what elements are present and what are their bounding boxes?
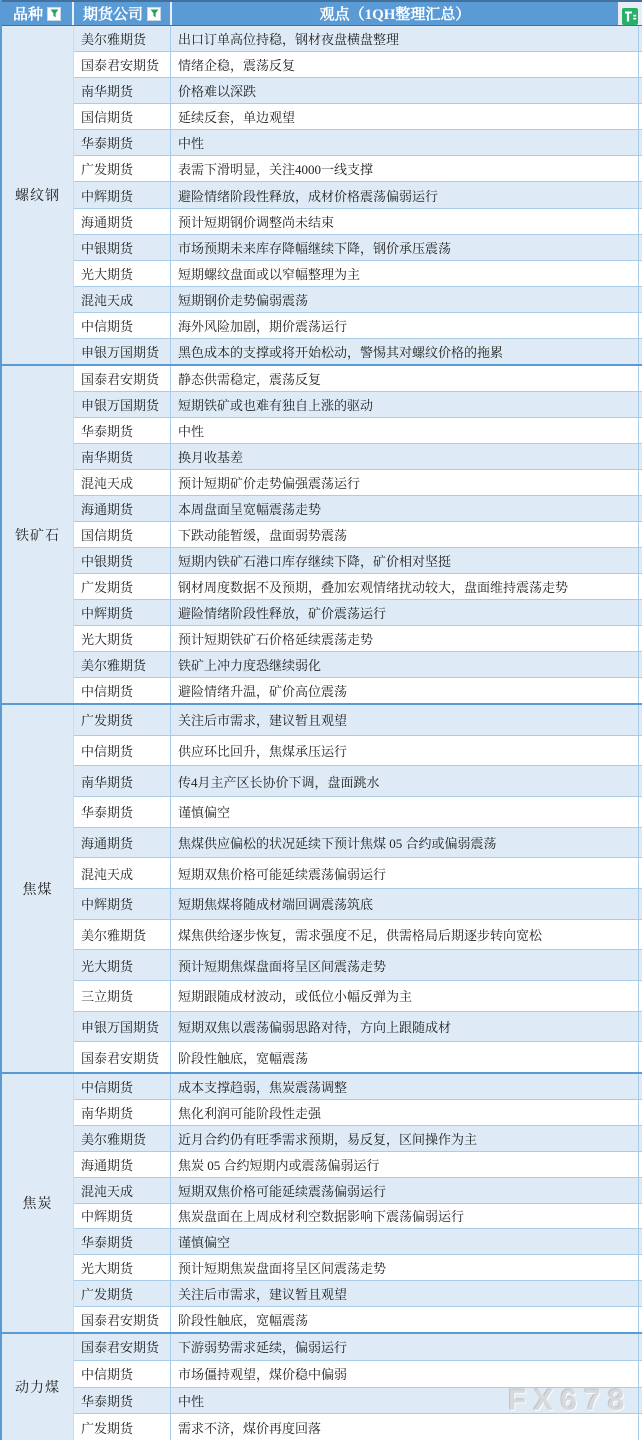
right-margin-sliver xyxy=(638,1100,642,1125)
company-cell: 混沌天成 xyxy=(74,858,171,888)
section-rows: 中信期货成本支撑趋弱，焦炭震荡调整南华期货焦化利润可能阶段性走强美尔雅期货近月合… xyxy=(74,1074,642,1332)
view-cell: 短期钢价走势偏弱震荡 xyxy=(171,287,638,312)
table-row: 国泰君安期货阶段性触底，宽幅震荡 xyxy=(74,1042,642,1072)
right-margin-sliver xyxy=(638,1074,642,1099)
right-margin-sliver xyxy=(638,130,642,155)
right-margin-sliver xyxy=(638,858,642,888)
right-margin-sliver xyxy=(638,26,642,51)
table-row: 美尔雅期货出口订单高位持稳，钢材夜盘横盘整理 xyxy=(74,26,642,52)
right-margin-sliver xyxy=(638,797,642,827)
company-cell: 华泰期货 xyxy=(74,1229,171,1254)
table-row: 美尔雅期货近月合约仍有旺季需求预期，易反复，区间操作为主 xyxy=(74,1126,642,1152)
table-row: 光大期货预计短期铁矿石价格延续震荡走势 xyxy=(74,626,642,652)
view-cell: 情绪企稳，震荡反复 xyxy=(171,52,638,77)
right-margin-sliver xyxy=(638,496,642,521)
view-cell: 关注后市需求，建议暂且观望 xyxy=(171,705,638,735)
table-header: 品种 期货公司 观点（1QH整理汇总） xyxy=(2,0,642,26)
company-cell: 广发期货 xyxy=(74,156,171,181)
view-cell: 市场预期未来库存降幅继续下降，钢价承压震荡 xyxy=(171,235,638,260)
view-cell: 焦炭 05 合约短期内或震荡偏弱运行 xyxy=(171,1152,638,1177)
table-row: 国泰君安期货阶段性触底，宽幅震荡 xyxy=(74,1307,642,1332)
company-cell: 三立期货 xyxy=(74,981,171,1011)
variety-cell: 焦炭 xyxy=(2,1074,74,1332)
company-cell: 中信期货 xyxy=(74,736,171,766)
right-margin-sliver xyxy=(638,366,642,391)
variety-filter-dropdown-icon[interactable] xyxy=(47,7,61,21)
table-row: 中信期货成本支撑趋弱，焦炭震荡调整 xyxy=(74,1074,642,1100)
view-cell: 钢材周度数据不及预期，叠加宏观情绪扰动较大，盘面维持震荡走势 xyxy=(171,574,638,599)
right-margin-sliver xyxy=(638,1152,642,1177)
table-row: 中信期货避险情绪升温，矿价高位震荡 xyxy=(74,678,642,703)
company-cell: 海通期货 xyxy=(74,496,171,521)
company-cell: 美尔雅期货 xyxy=(74,1126,171,1151)
view-cell: 预计短期钢价调整尚未结束 xyxy=(171,209,638,234)
company-cell: 广发期货 xyxy=(74,1414,171,1440)
header-corner-cell xyxy=(618,2,642,25)
right-margin-sliver xyxy=(638,418,642,443)
table-row: 南华期货传4月主产区长协价下调，盘面跳水 xyxy=(74,766,642,797)
table-row: 广发期货关注后市需求，建议暂且观望 xyxy=(74,705,642,736)
company-cell: 中辉期货 xyxy=(74,182,171,207)
view-cell: 供应环比回升，焦煤承压运行 xyxy=(171,736,638,766)
company-cell: 华泰期货 xyxy=(74,797,171,827)
view-cell: 预计短期铁矿石价格延续震荡走势 xyxy=(171,626,638,651)
table-row: 华泰期货中性 xyxy=(74,418,642,444)
table-row: 光大期货预计短期焦炭盘面将呈区间震荡走势 xyxy=(74,1255,642,1281)
company-cell: 申银万国期货 xyxy=(74,392,171,417)
table-row: 申银万国期货短期铁矿或也难有独自上涨的驱动 xyxy=(74,392,642,418)
company-cell: 广发期货 xyxy=(74,574,171,599)
company-cell: 海通期货 xyxy=(74,1152,171,1177)
right-margin-sliver xyxy=(638,209,642,234)
right-margin-sliver xyxy=(638,339,642,364)
view-cell: 预计短期焦炭盘面将呈区间震荡走势 xyxy=(171,1255,638,1280)
table-row: 广发期货表需下滑明显，关注4000一线支撑 xyxy=(74,156,642,182)
table-row: 混沌天成预计短期矿价走势偏强震荡运行 xyxy=(74,470,642,496)
table-row: 中信期货海外风险加剧，期价震荡运行 xyxy=(74,313,642,339)
company-cell: 光大期货 xyxy=(74,1255,171,1280)
section-rows: 国泰君安期货静态供需稳定，震荡反复申银万国期货短期铁矿或也难有独自上涨的驱动华泰… xyxy=(74,366,642,703)
company-cell: 光大期货 xyxy=(74,261,171,286)
view-cell: 短期内铁矿石港口库存继续下降，矿价相对坚挺 xyxy=(171,548,638,573)
view-cell: 本周盘面呈宽幅震荡走势 xyxy=(171,496,638,521)
right-margin-sliver xyxy=(638,736,642,766)
company-cell: 中信期货 xyxy=(74,1074,171,1099)
right-margin-sliver xyxy=(638,981,642,1011)
section-螺纹钢: 螺纹钢美尔雅期货出口订单高位持稳，钢材夜盘横盘整理国泰君安期货情绪企稳，震荡反复… xyxy=(2,26,642,364)
right-margin-sliver xyxy=(638,1307,642,1332)
company-cell: 中辉期货 xyxy=(74,1204,171,1229)
right-margin-sliver xyxy=(638,78,642,103)
right-margin-sliver xyxy=(638,182,642,207)
company-cell: 申银万国期货 xyxy=(74,1012,171,1042)
view-cell: 成本支撑趋弱，焦炭震荡调整 xyxy=(171,1074,638,1099)
table-row: 中信期货供应环比回升，焦煤承压运行 xyxy=(74,736,642,767)
table-row: 三立期货短期跟随成材波动，或低位小幅反弹为主 xyxy=(74,981,642,1012)
right-margin-sliver xyxy=(638,1414,642,1440)
right-margin-sliver xyxy=(638,889,642,919)
right-margin-sliver xyxy=(638,261,642,286)
right-margin-sliver xyxy=(638,1126,642,1151)
table-row: 华泰期货谨慎偏空 xyxy=(74,1229,642,1255)
right-margin-sliver xyxy=(638,574,642,599)
right-margin-sliver xyxy=(638,1361,642,1387)
view-cell: 避险情绪升温，矿价高位震荡 xyxy=(171,678,638,703)
view-cell: 出口订单高位持稳，钢材夜盘横盘整理 xyxy=(171,26,638,51)
view-cell: 下游弱势需求延续，偏弱运行 xyxy=(171,1334,638,1360)
right-margin-sliver xyxy=(638,600,642,625)
header-cell-company: 期货公司 xyxy=(74,2,172,25)
table-row: 中辉期货避险情绪阶段性释放，成材价格震荡偏弱运行 xyxy=(74,182,642,208)
header-cell-view: 观点（1QH整理汇总） xyxy=(172,2,618,25)
right-margin-sliver xyxy=(638,766,642,796)
variety-cell: 动力煤 xyxy=(2,1334,74,1440)
right-margin-sliver xyxy=(638,705,642,735)
company-cell: 南华期货 xyxy=(74,444,171,469)
right-margin-sliver xyxy=(638,828,642,858)
table-row: 国泰君安期货情绪企稳，震荡反复 xyxy=(74,52,642,78)
right-margin-sliver xyxy=(638,1388,642,1414)
company-cell: 南华期货 xyxy=(74,766,171,796)
table-row: 光大期货预计短期焦煤盘面将呈区间震荡走势 xyxy=(74,950,642,981)
table-row: 混沌天成短期双焦价格可能延续震荡偏弱运行 xyxy=(74,858,642,889)
right-margin-sliver xyxy=(638,652,642,677)
company-cell: 国泰君安期货 xyxy=(74,1042,171,1072)
view-cell: 避险情绪阶段性释放，成材价格震荡偏弱运行 xyxy=(171,182,638,207)
company-cell: 中信期货 xyxy=(74,1361,171,1387)
company-cell: 美尔雅期货 xyxy=(74,26,171,51)
view-cell: 换月收基差 xyxy=(171,444,638,469)
table-row: 中信期货市场僵持观望，煤价稳中偏弱 xyxy=(74,1361,642,1388)
table-row: 申银万国期货黑色成本的支撑或将开始松动，警惕其对螺纹价格的拖累 xyxy=(74,339,642,364)
right-margin-sliver xyxy=(638,548,642,573)
variety-cell: 螺纹钢 xyxy=(2,26,74,364)
view-cell: 中性 xyxy=(171,130,638,155)
right-margin-sliver xyxy=(638,235,642,260)
company-cell: 广发期货 xyxy=(74,1281,171,1306)
company-cell: 光大期货 xyxy=(74,626,171,651)
table-row: 南华期货焦化利润可能阶段性走强 xyxy=(74,1100,642,1126)
right-margin-sliver xyxy=(638,950,642,980)
table-row: 海通期货焦炭 05 合约短期内或震荡偏弱运行 xyxy=(74,1152,642,1178)
header-variety-label: 品种 xyxy=(13,3,43,24)
view-cell: 中性 xyxy=(171,1388,638,1414)
company-cell: 申银万国期货 xyxy=(74,339,171,364)
right-margin-sliver xyxy=(638,1012,642,1042)
view-cell: 市场僵持观望，煤价稳中偏弱 xyxy=(171,1361,638,1387)
view-cell: 谨慎偏空 xyxy=(171,1229,638,1254)
view-cell: 静态供需稳定，震荡反复 xyxy=(171,366,638,391)
company-cell: 国泰君安期货 xyxy=(74,52,171,77)
view-cell: 下跌动能暂缓，盘面弱势震荡 xyxy=(171,522,638,547)
company-filter-dropdown-icon[interactable] xyxy=(147,7,161,21)
table-row: 国泰君安期货静态供需稳定，震荡反复 xyxy=(74,366,642,392)
company-cell: 美尔雅期货 xyxy=(74,920,171,950)
view-cell: 价格难以深跌 xyxy=(171,78,638,103)
right-margin-sliver xyxy=(638,1255,642,1280)
view-cell: 短期双焦价格可能延续震荡偏弱运行 xyxy=(171,858,638,888)
company-cell: 光大期货 xyxy=(74,950,171,980)
company-cell: 美尔雅期货 xyxy=(74,652,171,677)
table-row: 国信期货延续反套，单边观望 xyxy=(74,104,642,130)
table-row: 中辉期货焦炭盘面在上周成材利空数据影响下震荡偏弱运行 xyxy=(74,1204,642,1230)
header-company-label: 期货公司 xyxy=(83,3,143,24)
view-cell: 焦化利润可能阶段性走强 xyxy=(171,1100,638,1125)
company-cell: 国信期货 xyxy=(74,104,171,129)
company-cell: 海通期货 xyxy=(74,209,171,234)
company-cell: 中银期货 xyxy=(74,548,171,573)
table-row: 国信期货下跌动能暂缓，盘面弱势震荡 xyxy=(74,522,642,548)
company-cell: 混沌天成 xyxy=(74,1178,171,1203)
right-margin-sliver xyxy=(638,920,642,950)
company-cell: 华泰期货 xyxy=(74,130,171,155)
table-row: 广发期货关注后市需求，建议暂且观望 xyxy=(74,1281,642,1307)
table-row: 中银期货短期内铁矿石港口库存继续下降，矿价相对坚挺 xyxy=(74,548,642,574)
right-margin-sliver xyxy=(638,1204,642,1229)
view-cell: 铁矿上冲力度恐继续弱化 xyxy=(171,652,638,677)
table-row: 中辉期货短期焦煤将随成材端回调震荡筑底 xyxy=(74,889,642,920)
table-row: 南华期货换月收基差 xyxy=(74,444,642,470)
section-动力煤: 动力煤国泰君安期货下游弱势需求延续，偏弱运行中信期货市场僵持观望，煤价稳中偏弱华… xyxy=(2,1332,642,1440)
futures-opinions-sheet: 品种 期货公司 观点（1QH整理汇总） 螺纹钢美尔 xyxy=(0,0,642,1440)
view-cell: 延续反套，单边观望 xyxy=(171,104,638,129)
view-cell: 预计短期焦煤盘面将呈区间震荡走势 xyxy=(171,950,638,980)
table-row: 华泰期货中性 xyxy=(74,1388,642,1415)
view-cell: 短期螺纹盘面或以窄幅整理为主 xyxy=(171,261,638,286)
section-焦煤: 焦煤广发期货关注后市需求，建议暂且观望中信期货供应环比回升，焦煤承压运行南华期货… xyxy=(2,703,642,1072)
section-rows: 美尔雅期货出口订单高位持稳，钢材夜盘横盘整理国泰君安期货情绪企稳，震荡反复南华期… xyxy=(74,26,642,364)
table-row: 广发期货需求不济，煤价再度回落 xyxy=(74,1414,642,1440)
company-cell: 华泰期货 xyxy=(74,418,171,443)
view-cell: 短期双焦以震荡偏弱思路对待，方向上跟随成材 xyxy=(171,1012,638,1042)
view-cell: 预计短期矿价走势偏强震荡运行 xyxy=(171,470,638,495)
table-row: 海通期货本周盘面呈宽幅震荡走势 xyxy=(74,496,642,522)
view-cell: 煤焦供给逐步恢复，需求强度不足，供需格局后期逐步转向宽松 xyxy=(171,920,638,950)
view-cell: 需求不济，煤价再度回落 xyxy=(171,1414,638,1440)
company-cell: 中信期货 xyxy=(74,678,171,703)
section-焦炭: 焦炭中信期货成本支撑趋弱，焦炭震荡调整南华期货焦化利润可能阶段性走强美尔雅期货近… xyxy=(2,1072,642,1332)
company-cell: 中辉期货 xyxy=(74,889,171,919)
company-cell: 国泰君安期货 xyxy=(74,1307,171,1332)
variety-cell: 铁矿石 xyxy=(2,366,74,703)
right-margin-sliver xyxy=(638,444,642,469)
table-row: 国泰君安期货下游弱势需求延续，偏弱运行 xyxy=(74,1334,642,1361)
right-margin-sliver xyxy=(638,1229,642,1254)
table-body: 螺纹钢美尔雅期货出口订单高位持稳，钢材夜盘横盘整理国泰君安期货情绪企稳，震荡反复… xyxy=(2,26,642,1440)
right-margin-sliver xyxy=(638,104,642,129)
table-row: 华泰期货中性 xyxy=(74,130,642,156)
view-cell: 黑色成本的支撑或将开始松动，警惕其对螺纹价格的拖累 xyxy=(171,339,638,364)
company-cell: 南华期货 xyxy=(74,1100,171,1125)
company-cell: 南华期货 xyxy=(74,78,171,103)
view-cell: 近月合约仍有旺季需求预期，易反复，区间操作为主 xyxy=(171,1126,638,1151)
table-row: 申银万国期货短期双焦以震荡偏弱思路对待，方向上跟随成材 xyxy=(74,1012,642,1043)
company-cell: 中信期货 xyxy=(74,313,171,338)
view-cell: 避险情绪阶段性释放，矿价震荡运行 xyxy=(171,600,638,625)
green-table-badge-icon[interactable] xyxy=(622,8,638,25)
right-margin-sliver xyxy=(638,156,642,181)
company-cell: 混沌天成 xyxy=(74,470,171,495)
table-row: 中银期货市场预期未来库存降幅继续下降，钢价承压震荡 xyxy=(74,235,642,261)
view-cell: 关注后市需求，建议暂且观望 xyxy=(171,1281,638,1306)
table-row: 广发期货钢材周度数据不及预期，叠加宏观情绪扰动较大，盘面维持震荡走势 xyxy=(74,574,642,600)
right-margin-sliver xyxy=(638,1281,642,1306)
right-margin-sliver xyxy=(638,678,642,703)
table-row: 美尔雅期货煤焦供给逐步恢复，需求强度不足，供需格局后期逐步转向宽松 xyxy=(74,920,642,951)
view-cell: 表需下滑明显，关注4000一线支撑 xyxy=(171,156,638,181)
right-margin-sliver xyxy=(638,1334,642,1360)
right-margin-sliver xyxy=(638,392,642,417)
company-cell: 海通期货 xyxy=(74,828,171,858)
variety-cell: 焦煤 xyxy=(2,705,74,1072)
table-row: 海通期货焦煤供应偏松的状况延续下预计焦煤 05 合约或偏弱震荡 xyxy=(74,828,642,859)
section-rows: 广发期货关注后市需求，建议暂且观望中信期货供应环比回升，焦煤承压运行南华期货传4… xyxy=(74,705,642,1072)
view-cell: 短期铁矿或也难有独自上涨的驱动 xyxy=(171,392,638,417)
right-margin-sliver xyxy=(638,1042,642,1072)
view-cell: 短期跟随成材波动，或低位小幅反弹为主 xyxy=(171,981,638,1011)
company-cell: 华泰期货 xyxy=(74,1388,171,1414)
right-margin-sliver xyxy=(638,522,642,547)
table-row: 美尔雅期货铁矿上冲力度恐继续弱化 xyxy=(74,652,642,678)
company-cell: 中辉期货 xyxy=(74,600,171,625)
table-row: 南华期货价格难以深跌 xyxy=(74,78,642,104)
right-margin-sliver xyxy=(638,626,642,651)
company-cell: 国泰君安期货 xyxy=(74,366,171,391)
view-cell: 中性 xyxy=(171,418,638,443)
table-row: 混沌天成短期钢价走势偏弱震荡 xyxy=(74,287,642,313)
right-margin-sliver xyxy=(638,1178,642,1203)
company-cell: 中银期货 xyxy=(74,235,171,260)
view-cell: 焦炭盘面在上周成材利空数据影响下震荡偏弱运行 xyxy=(171,1204,638,1229)
right-margin-sliver xyxy=(638,313,642,338)
view-cell: 阶段性触底，宽幅震荡 xyxy=(171,1307,638,1332)
view-cell: 短期双焦价格可能延续震荡偏弱运行 xyxy=(171,1178,638,1203)
company-cell: 混沌天成 xyxy=(74,287,171,312)
right-margin-sliver xyxy=(638,287,642,312)
view-cell: 阶段性触底，宽幅震荡 xyxy=(171,1042,638,1072)
company-cell: 国信期货 xyxy=(74,522,171,547)
table-row: 中辉期货避险情绪阶段性释放，矿价震荡运行 xyxy=(74,600,642,626)
header-view-label: 观点（1QH整理汇总） xyxy=(320,3,471,24)
table-row: 光大期货短期螺纹盘面或以窄幅整理为主 xyxy=(74,261,642,287)
company-cell: 广发期货 xyxy=(74,705,171,735)
section-rows: 国泰君安期货下游弱势需求延续，偏弱运行中信期货市场僵持观望，煤价稳中偏弱华泰期货… xyxy=(74,1334,642,1440)
view-cell: 焦煤供应偏松的状况延续下预计焦煤 05 合约或偏弱震荡 xyxy=(171,828,638,858)
right-margin-sliver xyxy=(638,52,642,77)
table-row: 华泰期货谨慎偏空 xyxy=(74,797,642,828)
view-cell: 海外风险加剧，期价震荡运行 xyxy=(171,313,638,338)
header-cell-variety: 品种 xyxy=(2,2,74,25)
table-row: 海通期货预计短期钢价调整尚未结束 xyxy=(74,209,642,235)
view-cell: 谨慎偏空 xyxy=(171,797,638,827)
section-铁矿石: 铁矿石国泰君安期货静态供需稳定，震荡反复申银万国期货短期铁矿或也难有独自上涨的驱… xyxy=(2,364,642,703)
company-cell: 国泰君安期货 xyxy=(74,1334,171,1360)
right-margin-sliver xyxy=(638,470,642,495)
view-cell: 短期焦煤将随成材端回调震荡筑底 xyxy=(171,889,638,919)
table-row: 混沌天成短期双焦价格可能延续震荡偏弱运行 xyxy=(74,1178,642,1204)
view-cell: 传4月主产区长协价下调，盘面跳水 xyxy=(171,766,638,796)
